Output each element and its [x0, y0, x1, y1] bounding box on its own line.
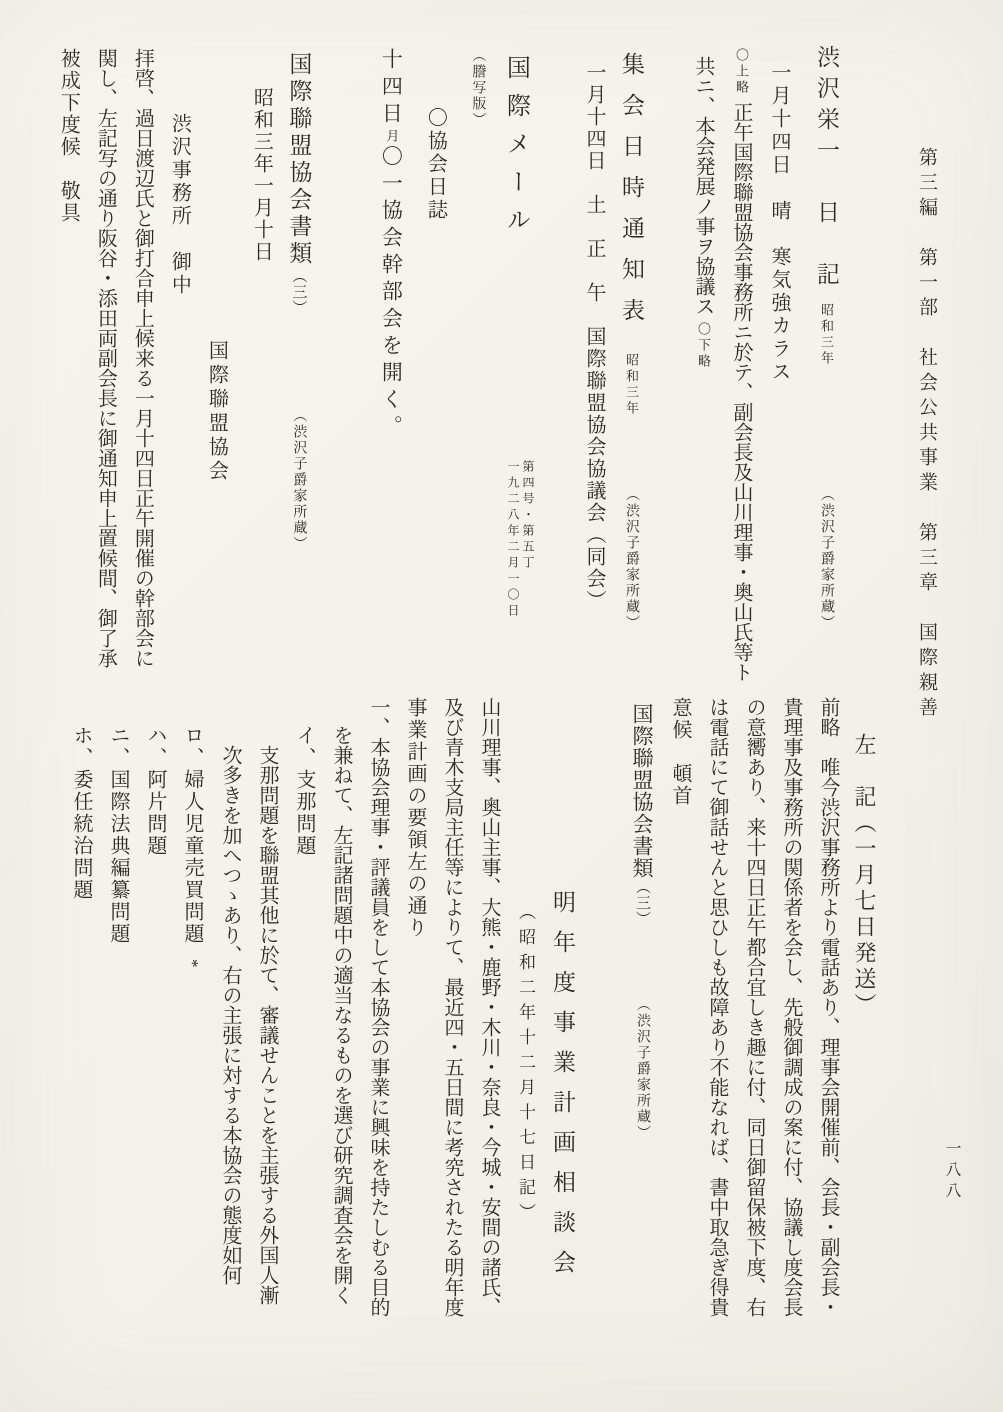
intl-mail-title-column: 国際メール第四号・第五丁一九二八年二月一〇日 [496, 40, 535, 680]
attached-note-close-column: 意候 頓首 [661, 695, 698, 1337]
attached-note-body-column-4: は電話にて御話せんと思ひしも故障あり不能なれば、書中取急ぎ得貴 [698, 695, 735, 1337]
plan-meeting-body-column-1: 山川理事、奥山主事、大熊・鹿野・木川・奈良・今城・安間の諸氏、 [470, 695, 507, 1337]
meeting-notice-body-column: 一月十四日 土 正 午 国際聯盟協会協議会（同会） [575, 40, 612, 680]
intl-mail-issue-note: 第四号・第五丁一九二八年二月一〇日 [505, 460, 535, 620]
intl-mail-entry-column: 十四日月〇一協会幹部会を開く。 [372, 40, 410, 680]
league-letter-body-column-3: 被成下度候 敬具 [49, 40, 86, 680]
league-letter-sender-column: 国際聯盟協会 [197, 40, 234, 680]
diary-body-column-2: 共ニ、本会発展ノ事ヲ協議ス〇下略 [684, 40, 722, 680]
league-letter-source-note: （渋沢子爵家所蔵） [291, 408, 306, 552]
league-letter-title-number: （三） [290, 268, 306, 316]
issue-note-line-2: 一九二八年二月一〇日 [505, 460, 520, 620]
issue-note-line-1: 第四号・第五丁 [520, 460, 535, 620]
meeting-notice-era-note: 昭和三年 [624, 353, 639, 417]
meeting-notice-title-column: 集会日時通知表昭和三年（渋沢子爵家所蔵） [612, 40, 650, 680]
plan-sub-item-ho-column: ホ、委任統治問題 [62, 695, 99, 1337]
league-letter-title: 国際聯盟協会書類 [286, 52, 311, 268]
plan-sub-item-i-column: イ、支那問題 [285, 695, 322, 1337]
meeting-notice-source-note: （渋沢子爵家所蔵） [624, 487, 639, 631]
attached-note-body-column-2: 貴理事及事務所の関係者を会し、先般御調成の案に付、協議し度会長 [772, 695, 809, 1337]
diary-body-line-1: 正午国際聯盟協会事務所ニ於テ、副会長及山川理事・奥山氏等ト [730, 102, 752, 682]
bottom-section: 左 記（一月七日発送） 前略 唯今渋沢事務所より電話あり、理事会開催前、会長・副… [62, 695, 883, 1337]
plan-sub-item-ro-column: ロ、婦人児童売買問題* [173, 695, 211, 1337]
omission-bottom-marker: 〇下略 [696, 322, 711, 370]
plan-item-1-column-b: を兼ねて、左記諸問題中の適当なるものを選び研究調査会を開く [322, 695, 359, 1337]
footnote-asterisk: * [183, 959, 202, 968]
plan-sub-item-ha-column: ハ、阿片問題 [136, 695, 173, 1337]
attached-note-body-column-1: 前略 唯今渋沢事務所より電話あり、理事会開催前、会長・副会長・ [809, 695, 846, 1337]
plan-meeting-title: 国際聯盟協会書類 [630, 703, 654, 879]
entry-date: 十四日 [379, 48, 403, 129]
league-letter-date-column: 昭和三年一月十日 [242, 40, 279, 680]
entry-body: 〇一協会幹部会を開く。 [379, 145, 403, 442]
meeting-notice-title: 集会日時通知表 [619, 52, 644, 339]
league-letter-body-column-2: 関し、左記写の通り阪谷・添田両副会長に御通知申上置候間、御了承 [86, 40, 123, 680]
plan-sub-item-ro: ロ、婦人児童売買問題 [181, 725, 203, 945]
diary-title: 渋沢栄一 日 記 [814, 45, 839, 293]
league-letter-title-column: 国際聯盟協会書類（三）（渋沢子爵家所蔵） [279, 40, 317, 680]
top-section: 渋沢栄一 日 記昭和三年（渋沢子爵家所蔵） 一月十四日 晴 寒気強カラス 〇上略… [49, 40, 845, 680]
omission-top-marker: 〇上略 [734, 48, 749, 96]
league-letter-addressee-column: 渋沢事務所 御中 [160, 40, 197, 680]
plan-meeting-subtitle-column: 明年度事業計画相談会 [544, 695, 581, 1337]
chapter-running-head: 第三編 第一部 社会公共事業 第三章 国際親善 [911, 147, 941, 722]
attached-note-heading-column: 左 記（一月七日発送） [846, 695, 883, 1337]
plan-item-1-column-a: 一、本協会理事・評議員をして本協会の事業に興味を持たしむる目的 [359, 695, 396, 1337]
intl-mail-format-column: （謄写版） [459, 40, 496, 680]
diary-source-note: （渋沢子爵家所蔵） [819, 487, 834, 631]
intl-mail-diary-heading-column: 〇協会日誌 [416, 40, 453, 680]
page-number: 一八八 [939, 1140, 963, 1203]
diary-body-column-1: 〇上略正午国際聯盟協会事務所ニ於テ、副会長及山川理事・奥山氏等ト [722, 40, 760, 680]
plan-meeting-source-note: （渋沢子爵家所蔵） [635, 997, 650, 1141]
plan-sub-item-i-detail-column-2: 次多きを加へつゝあり、右の主張に対する本協会の態度如何 [211, 695, 248, 1337]
entry-weekday-note: 月 [384, 129, 399, 145]
book-page: 第三編 第一部 社会公共事業 第三章 国際親善 一八八 渋沢栄一 日 記昭和三年… [0, 0, 1003, 1412]
plan-meeting-body-column-3: 事業計画の要領左の通り [396, 695, 433, 1337]
plan-meeting-title-column: 国際聯盟協会書類（三）（渋沢子爵家所蔵） [623, 695, 661, 1337]
diary-era-note: 昭和三年 [819, 303, 834, 367]
plan-meeting-body-column-2: 及び青木支局主任等によりて、最近四・五日間に考究されたる明年度 [433, 695, 470, 1337]
diary-body-line-2: 共ニ、本会発展ノ事ヲ協議ス [692, 56, 714, 316]
plan-meeting-subtitle-date-column: （昭和二年十二月十七日記） [507, 695, 544, 1337]
diary-date-column: 一月十四日 晴 寒気強カラス [760, 40, 797, 680]
intl-mail-title: 国際メール [502, 55, 528, 245]
plan-sub-item-i-detail-column-1: 支那問題を聯盟其他に於て、審議せんことを主張する外国人漸 [248, 695, 285, 1337]
plan-sub-item-ni-column: ニ、国際法典編纂問題 [99, 695, 136, 1337]
plan-meeting-title-number: （三） [634, 879, 650, 927]
league-letter-body-column-1: 拝啓、過日渡辺氏と御打合申上候来る一月十四日正午開催の幹部会に [123, 40, 160, 680]
attached-note-body-column-3: の意嚮あり、来十四日正午都合宜しき趣に付、同日御留保被下度、右 [735, 695, 772, 1337]
diary-title-column: 渋沢栄一 日 記昭和三年（渋沢子爵家所蔵） [807, 40, 845, 680]
